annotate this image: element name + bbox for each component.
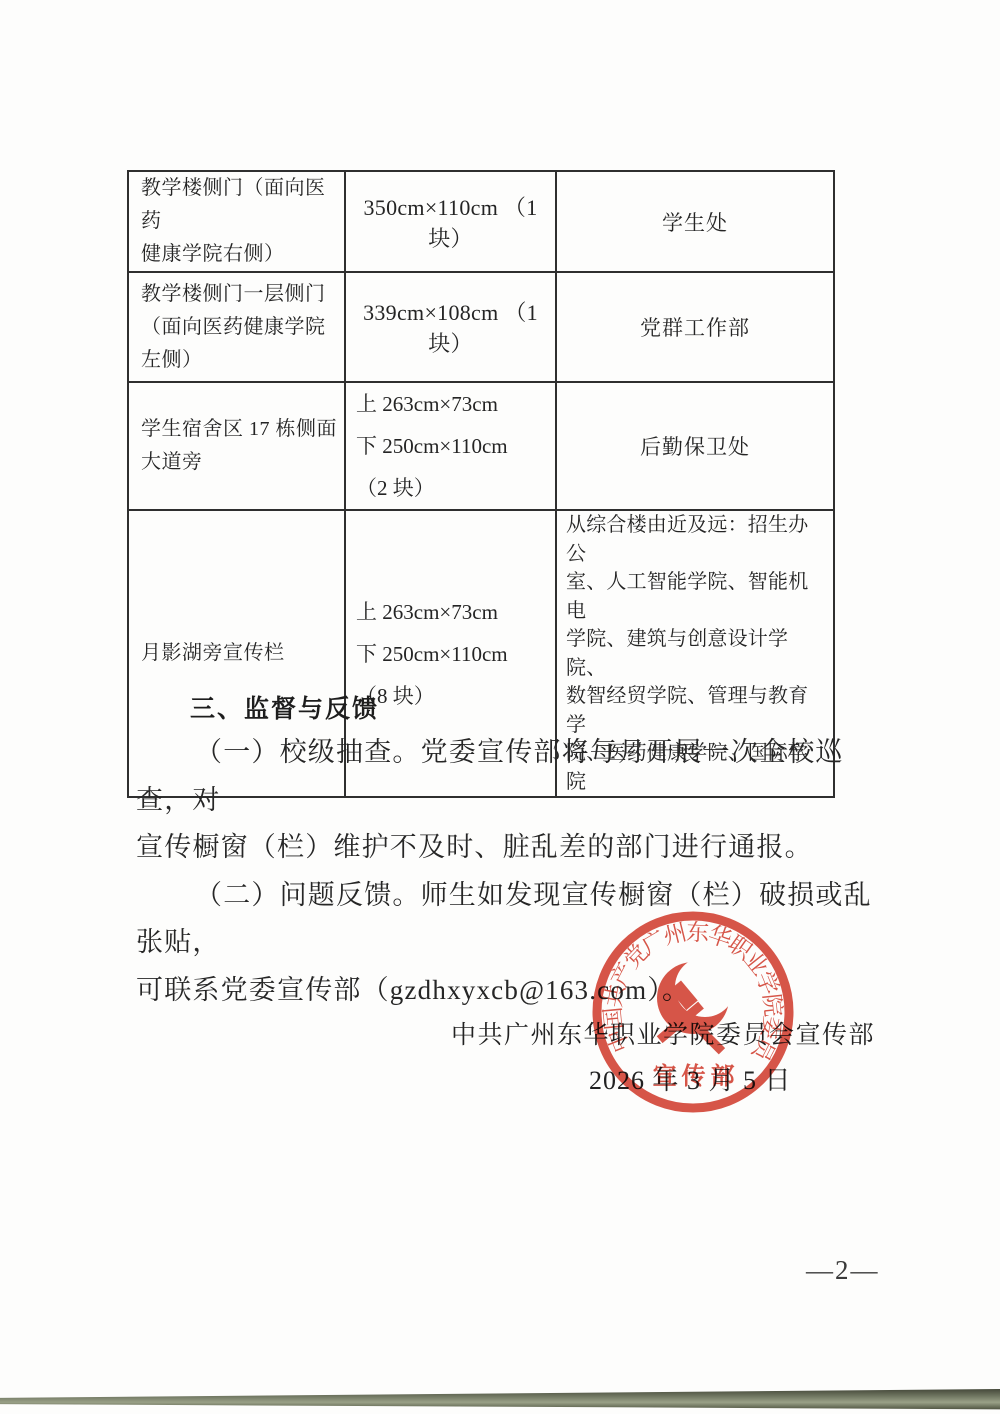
- cell-size: 339cm×108cm （1 块）: [345, 272, 556, 382]
- cell-size: 350cm×110cm （1 块）: [345, 171, 556, 272]
- cell-location: 教学楼侧门一层侧门 （面向医药健康学院 左侧）: [128, 272, 345, 382]
- seal-bottom-text: 宣传部: [653, 1062, 740, 1090]
- page-number: —2—: [806, 1255, 880, 1286]
- official-seal: 中国共产党广州东华职业学院委员会 宣传部: [583, 902, 803, 1122]
- cell-location: 教学楼侧门（面向医药 健康学院右侧）: [128, 171, 345, 272]
- table-row: 教学楼侧门（面向医药 健康学院右侧） 350cm×110cm （1 块） 学生处: [128, 171, 834, 272]
- cell-size: 上 263cm×73cm 下 250cm×110cm （2 块）: [345, 382, 556, 510]
- table-row: 教学楼侧门一层侧门 （面向医药健康学院 左侧） 339cm×108cm （1 块…: [128, 272, 834, 382]
- hammer-sickle-icon: [657, 957, 735, 1054]
- section-heading: 三、监督与反馈: [190, 689, 379, 725]
- paragraph-school-inspection: （一）校级抽查。党委宣传部将每月开展一次全校巡查，对 宣传橱窗（栏）维护不及时、…: [136, 729, 882, 872]
- scan-artifact-band: [0, 1388, 1000, 1414]
- cell-department: 学生处: [556, 171, 834, 272]
- table-row: 学生宿舍区 17 栋侧面 大道旁 上 263cm×73cm 下 250cm×11…: [128, 382, 834, 510]
- cell-location: 学生宿舍区 17 栋侧面 大道旁: [128, 382, 345, 510]
- document-page: 教学楼侧门（面向医药 健康学院右侧） 350cm×110cm （1 块） 学生处…: [0, 0, 1000, 1414]
- cell-department: 党群工作部: [556, 272, 834, 382]
- cell-department: 后勤保卫处: [556, 382, 834, 510]
